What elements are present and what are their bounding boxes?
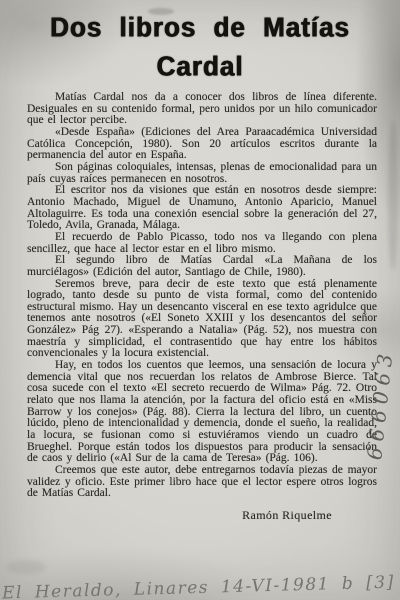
article-paragraph: Creemos que este autor, debe entregarnos… (27, 465, 377, 500)
article-paragraph: Seremos breve, para decir de este texto … (27, 279, 377, 361)
article-body: Matías Cardal nos da a conocer dos libro… (0, 92, 400, 500)
article-paragraph: El recuerdo de Pablo Picasso, todo nos v… (27, 232, 377, 255)
article-paragraph: Matías Cardal nos da a conocer dos libro… (27, 92, 377, 127)
handwritten-source-note: El Heraldo, Linares 14-VI-1981 b [3] (2, 573, 394, 600)
article-paragraph: El segundo libro de Matías Cardal «La Ma… (27, 255, 377, 278)
article-paragraph: «Desde España» (Ediciones del Area Paraa… (27, 127, 377, 162)
article-title: Dos libros de Matías Cardal (0, 0, 400, 85)
article-paragraph: Hay, en todos los cuentos que leemos, un… (27, 360, 377, 465)
article-paragraph: Son páginas coloquiales, intensas, plena… (27, 162, 377, 185)
paper-stain (6, 560, 46, 574)
scanned-newspaper-clipping: Dos libros de Matías Cardal Matías Carda… (0, 0, 400, 600)
article-byline: Ramón Riquelme (0, 508, 400, 523)
article-paragraph: El escritor nos da visiones que están en… (27, 185, 377, 232)
